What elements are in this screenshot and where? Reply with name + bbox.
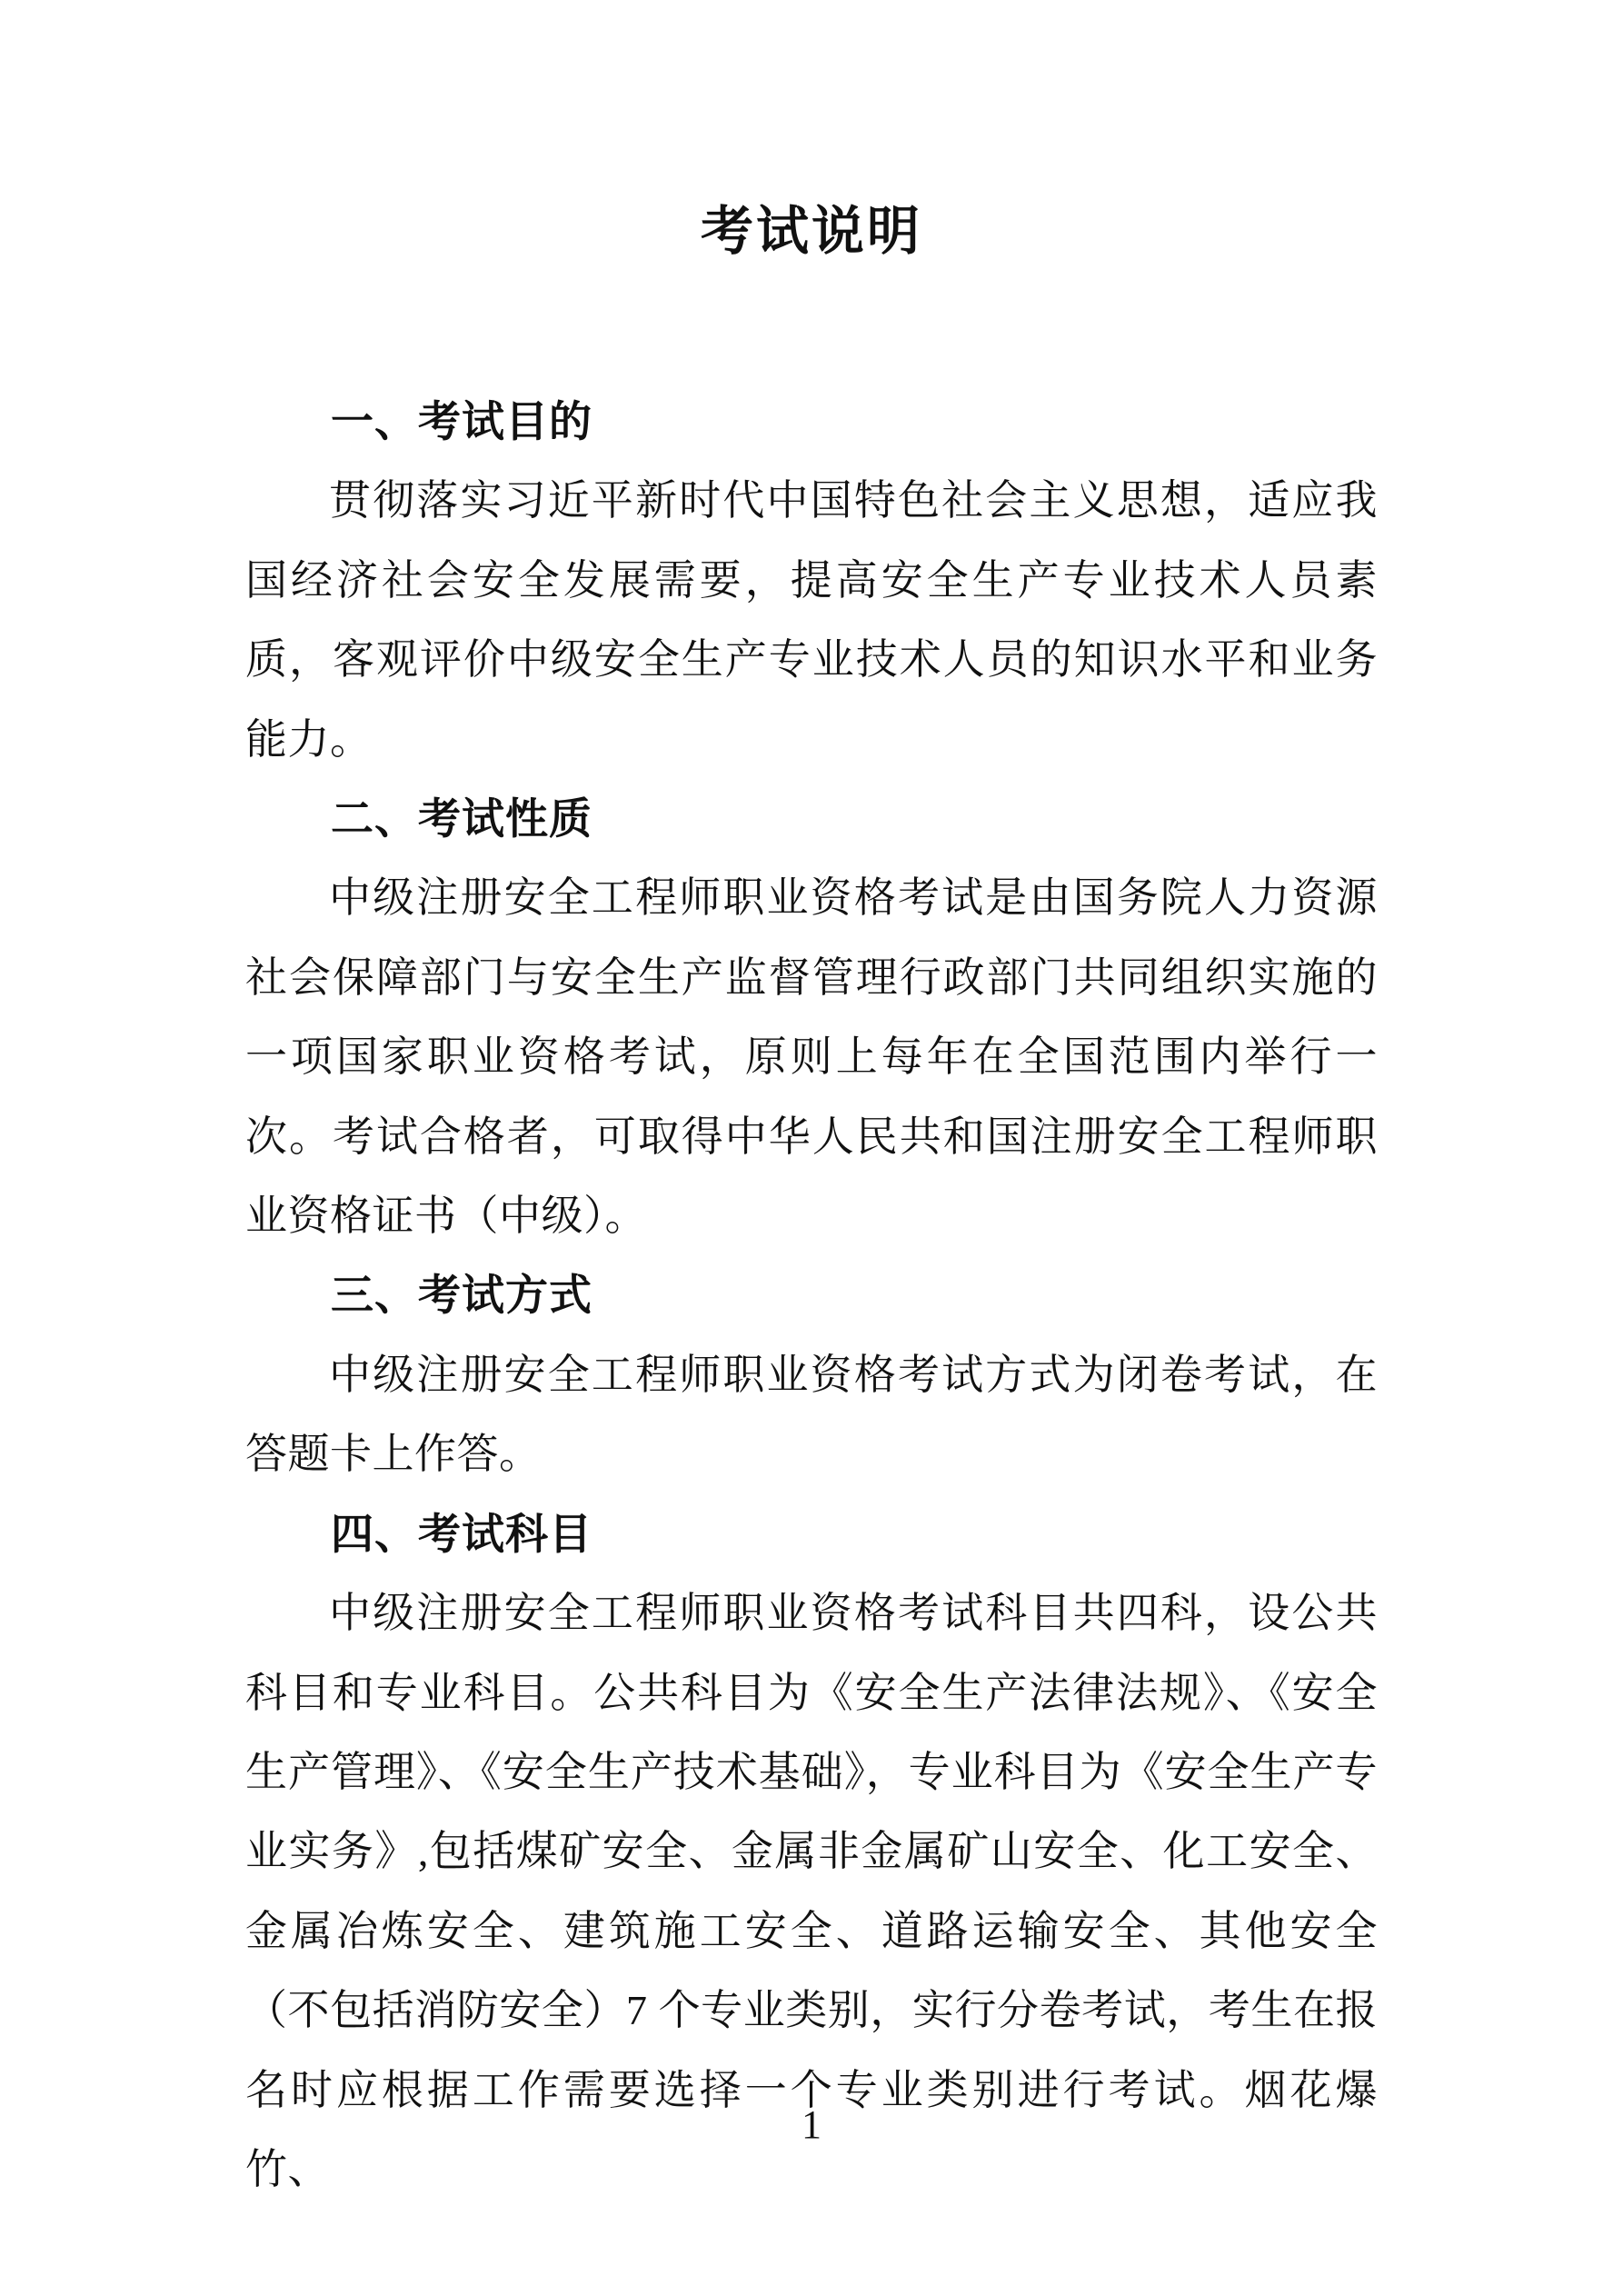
document-page: 考试说明 一、考试目的 贯彻落实习近平新时代中国特色社会主义思想，适应我国经济社… [0,0,1623,2296]
section-exam-purpose: 一、考试目的 贯彻落实习近平新时代中国特色社会主义思想，适应我国经济社会安全发展… [245,382,1378,779]
page-title: 考试说明 [245,202,1378,262]
page-number: 1 [0,2101,1623,2149]
section-heading-exam-subjects: 四、考试科目 [245,1494,1378,1573]
section-exam-nature: 二、考试性质 中级注册安全工程师职业资格考试是由国务院人力资源社会保障部门与安全… [245,779,1378,1255]
section-heading-exam-purpose: 一、考试目的 [245,382,1378,461]
document-body: 一、考试目的 贯彻落实习近平新时代中国特色社会主义思想，适应我国经济社会安全发展… [245,382,1378,2209]
page-content: 考试说明 一、考试目的 贯彻落实习近平新时代中国特色社会主义思想，适应我国经济社… [245,0,1378,2209]
section-heading-exam-method: 三、考试方式 [245,1255,1378,1334]
paragraph-exam-nature: 中级注册安全工程师职业资格考试是由国务院人力资源社会保障部门与安全生产监督管理行… [245,858,1378,1255]
section-heading-exam-nature: 二、考试性质 [245,779,1378,858]
paragraph-exam-method: 中级注册安全工程师职业资格考试方式为闭卷考试，在答题卡上作答。 [245,1335,1378,1494]
paragraph-exam-purpose: 贯彻落实习近平新时代中国特色社会主义思想，适应我国经济社会安全发展需要，提高安全… [245,461,1378,779]
section-exam-method: 三、考试方式 中级注册安全工程师职业资格考试方式为闭卷考试，在答题卡上作答。 [245,1255,1378,1493]
